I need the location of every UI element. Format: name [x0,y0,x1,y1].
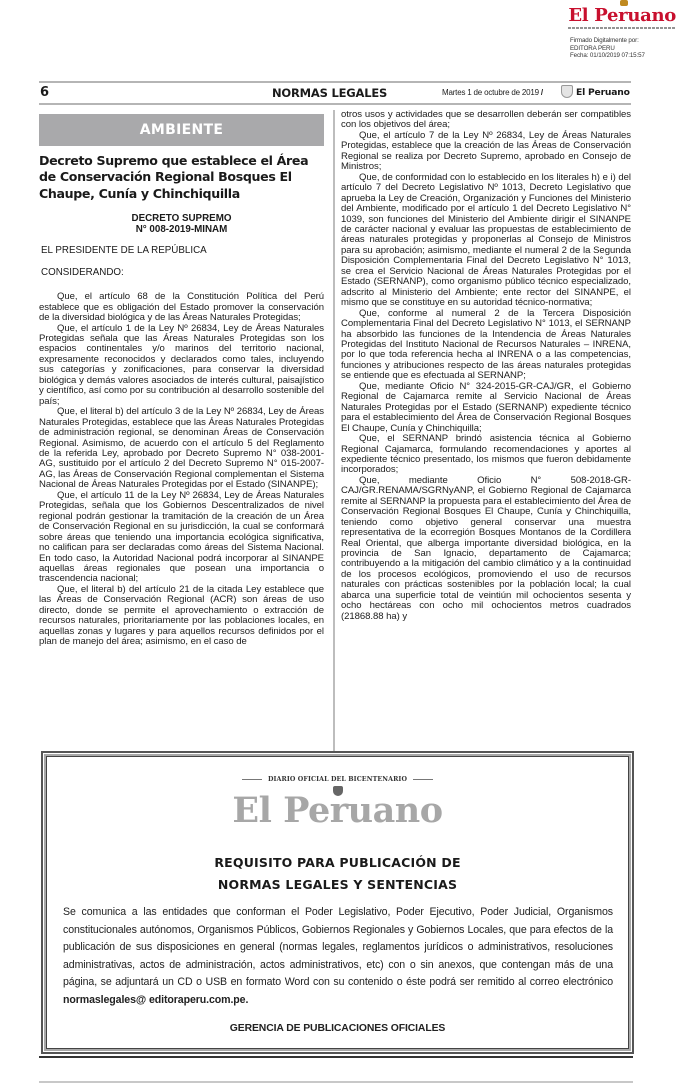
publication-notice: DIARIO OFICIAL DEL BICENTENARIO El Perua… [41,751,634,1054]
decree-title: Decreto Supremo que establece el Área de… [39,153,324,202]
footer-rule-dark [39,1056,633,1058]
right-body: otros usos y actividades que se desarrol… [341,110,631,622]
page-number: 6 [40,85,49,100]
paragraph: Que, el artículo 11 de la Ley Nº 26834, … [39,491,324,585]
left-column: AMBIENTE Decreto Supremo que establece e… [39,114,324,648]
column-divider [333,110,335,753]
issuer: EL PRESIDENTE DE LA REPÚBLICA [39,245,324,256]
category-band: AMBIENTE [39,114,324,146]
header-date: Martes 1 de octubre de 2019 / [442,88,543,97]
date-separator: / [541,88,543,97]
notice-body-text: Se comunica a las entidades que conforma… [63,906,613,988]
kicker-line-right [413,779,433,780]
paragraph: Que, de conformidad con lo establecido e… [341,173,631,309]
left-body: Que, el artículo 68 de la Constitución P… [39,292,324,647]
coat-of-arms-icon [561,85,573,98]
signature-line-3: Fecha: 01/10/2019 07:15:57 [570,52,676,60]
signature-line-2: EDITORA PERU [570,45,676,53]
notice-email-link[interactable]: normaslegales@ editoraperu.com.pe. [63,994,248,1006]
notice-signature: GERENCIA DE PUBLICACIONES OFICIALES [43,1023,632,1034]
notice-kicker: DIARIO OFICIAL DEL BICENTENARIO [43,776,632,783]
continued-paragraph: otros usos y actividades que se desarrol… [341,110,631,131]
date-text: Martes 1 de octubre de 2019 [442,88,539,97]
decree-kind: DECRETO SUPREMO [39,213,324,224]
header-rule-bottom [39,103,631,105]
considering-heading: CONSIDERANDO: [39,267,324,278]
notice-title-line-2: NORMAS LEGALES Y SENTENCIAS [43,874,632,896]
logo-tagline [568,27,676,29]
header-rule-top [39,81,631,83]
crest-icon [620,0,628,6]
paragraph: Que, el literal b) del artículo 3 de la … [39,407,324,491]
paragraph: Que, mediante Oficio N° 508-2018-GR-CAJ/… [341,476,631,622]
masthead: El Peruano Firmado Digitalmente por: EDI… [568,6,676,60]
paragraph: Que, conforme al numeral 2 de la Tercera… [341,309,631,382]
paragraph: Que, el artículo 1 de la Ley Nº 26834, L… [39,324,324,408]
decree-number: N° 008-2019-MINAM [39,224,324,235]
paragraph: Que, el SERNANP brindó asistencia técnic… [341,434,631,476]
paragraph: Que, el artículo 7 de la Ley Nº 26834, L… [341,131,631,173]
header-brand: El Peruano [576,87,630,98]
notice-title: REQUISITO PARA PUBLICACIÓN DE NORMAS LEG… [43,852,632,896]
paragraph: Que, el artículo 68 de la Constitución P… [39,292,324,323]
digital-signature: Firmado Digitalmente por: EDITORA PERU F… [570,37,676,60]
paragraph: Que, el literal b) del artículo 21 de la… [39,585,324,648]
paragraph: Que, mediante Oficio N° 324-2015-GR-CAJ/… [341,382,631,434]
notice-body: Se comunica a las entidades que conforma… [63,904,613,1010]
el-peruano-logo: El Peruano [568,6,676,26]
signature-line-1: Firmado Digitalmente por: [570,37,676,45]
notice-title-line-1: REQUISITO PARA PUBLICACIÓN DE [43,852,632,874]
right-column: otros usos y actividades que se desarrol… [341,110,631,622]
kicker-line-left [242,779,262,780]
section-title: NORMAS LEGALES [272,86,387,100]
notice-brand-logo: El Peruano [43,791,632,831]
